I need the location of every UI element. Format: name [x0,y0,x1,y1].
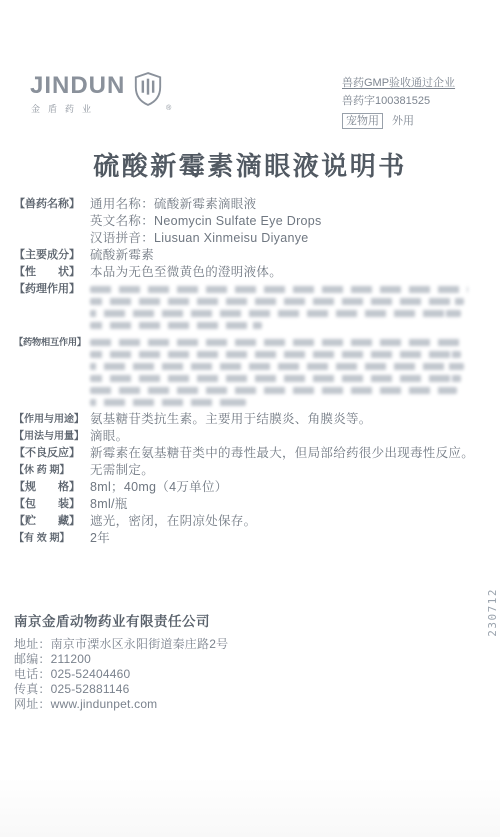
document-title: 硫酸新霉素滴眼液说明书 [0,146,500,183]
section-content: 无需制定。 [81,462,480,479]
section-text-line: 无需制定。 [90,462,480,479]
contact-address: 地址：南京市溧水区永阳街道秦庄路2号 [14,637,460,652]
section-text-line: 英文名称：Neomycin Sulfate Eye Drops [90,213,480,230]
section-label: 【包 装】 [14,496,81,513]
contact-website: 网址：www.jindunpet.com [14,697,460,712]
blurred-text-line [90,298,464,305]
section-content: 氨基糖苷类抗生素。主要用于结膜炎、角膜炎等。 [81,411,480,428]
gmp-certification: 兽药GMP验收通过企业 [342,74,474,92]
section-text-line: 新霉素在氨基糖苷类中的毒性最大，但局部给药很少出现毒性反应。 [90,445,480,462]
contact-lines: 地址：南京市溧水区永阳街道秦庄路2号邮编：211200电话：025-524044… [14,637,460,712]
section-row: 【用法与用量】滴眼。 [14,428,480,445]
section-content: 滴眼。 [81,428,480,445]
section-row: 【包 装】8ml/瓶 [14,496,480,513]
blurred-text-line [90,363,464,370]
section-row: 【规 格】8ml；40mg（4万单位） [14,479,480,496]
manufacturer-block: 南京金盾动物药业有限责任公司 地址：南京市溧水区永阳街道秦庄路2号邮编：2112… [14,610,460,712]
section-row: 【药物相互作用】 [14,334,480,411]
section-content: 本品为无色至微黄色的澄明液体。 [81,264,480,281]
section-text-line: 2年 [90,530,480,547]
brand-name: JINDUN [30,74,125,98]
contact-fax: 传真：025-52881146 [14,682,460,697]
contact-zipcode: 邮编：211200 [14,652,460,667]
blurred-text-line [90,387,457,394]
blurred-text-line [90,351,461,358]
manufacturer-name: 南京金盾动物药业有限责任公司 [14,610,460,630]
brand-logo: JINDUN 金盾药业 ® [30,74,163,115]
contact-phone: 电话：025-52404460 [14,667,460,682]
section-text-line: 8ml/瓶 [90,496,480,513]
section-text-line: 滴眼。 [90,428,480,445]
section-content: 新霉素在氨基糖苷类中的毒性最大，但局部给药很少出现毒性反应。 [81,445,480,462]
brand-subtitle: 金盾药业 [30,102,125,115]
batch-code: 230712 [486,588,499,637]
blurred-text-line [90,310,461,317]
section-text-line: 8ml；40mg（4万单位） [90,479,480,496]
section-row: 【主要成分】硫酸新霉素 [14,247,480,264]
blurred-text-line [90,322,262,329]
section-label: 【规 格】 [14,479,81,496]
blurred-text-line [90,375,461,382]
section-row: 【有 效 期】2年 [14,530,480,547]
sections-list: 【兽药名称】通用名称：硫酸新霉素滴眼液英文名称：Neomycin Sulfate… [14,196,480,547]
section-row: 【作用与用途】氨基糖苷类抗生素。主要用于结膜炎、角膜炎等。 [14,411,480,428]
section-text-line: 遮光，密闭，在阴凉处保存。 [90,513,480,530]
section-content: 2年 [81,530,480,547]
blurred-text-line [90,339,464,346]
section-row: 【药理作用】 [14,281,480,334]
section-label: 【休 药 期】 [14,462,81,479]
section-content: 硫酸新霉素 [81,247,480,264]
section-label: 【药理作用】 [14,281,81,334]
registered-trademark-mark: ® [166,105,171,112]
section-label: 【用法与用量】 [14,428,81,445]
section-text-line: 汉语拼音：Liusuan Xinmeisu Diyanye [90,230,480,247]
header: JINDUN 金盾药业 ® 兽药GMP验收通过企业 兽药字100381525 宠… [30,74,474,130]
section-row: 【兽药名称】通用名称：硫酸新霉素滴眼液英文名称：Neomycin Sulfate… [14,196,480,247]
section-label: 【有 效 期】 [14,530,81,547]
section-row: 【性 状】本品为无色至微黄色的澄明液体。 [14,264,480,281]
section-content: 通用名称：硫酸新霉素滴眼液英文名称：Neomycin Sulfate Eye D… [81,196,480,247]
section-label: 【贮 藏】 [14,513,81,530]
section-label: 【兽药名称】 [14,196,81,247]
certification-block: 兽药GMP验收通过企业 兽药字100381525 宠物用 外用 [342,74,474,130]
approval-number: 兽药字100381525 [342,92,474,110]
section-text-line: 本品为无色至微黄色的澄明液体。 [90,264,480,281]
section-label: 【不良反应】 [14,445,81,462]
section-content: 8ml；40mg（4万单位） [81,479,480,496]
section-row: 【贮 藏】遮光，密闭，在阴凉处保存。 [14,513,480,530]
section-text-line: 硫酸新霉素 [90,247,480,264]
section-content [81,281,480,334]
section-row: 【不良反应】新霉素在氨基糖苷类中的毒性最大，但局部给药很少出现毒性反应。 [14,445,480,462]
leaflet-page: JINDUN 金盾药业 ® 兽药GMP验收通过企业 兽药字100381525 宠… [0,0,500,837]
section-content [81,334,480,411]
shield-icon: ® [133,71,163,112]
brand-text: JINDUN 金盾药业 [30,74,125,115]
section-label: 【主要成分】 [14,247,81,264]
section-label: 【药物相互作用】 [14,334,81,411]
blurred-text-line [90,399,246,406]
section-row: 【休 药 期】无需制定。 [14,462,480,479]
section-content: 8ml/瓶 [81,496,480,513]
section-label: 【作用与用途】 [14,411,81,428]
usage-tags: 宠物用 外用 [342,112,474,130]
section-text-line: 氨基糖苷类抗生素。主要用于结膜炎、角膜炎等。 [90,411,480,428]
section-content: 遮光，密闭，在阴凉处保存。 [81,513,480,530]
section-label: 【性 状】 [14,264,81,281]
external-use-tag: 外用 [392,112,414,130]
pet-use-tag: 宠物用 [342,113,383,129]
blurred-text-line [90,286,468,293]
section-text-line: 通用名称：硫酸新霉素滴眼液 [90,196,480,213]
